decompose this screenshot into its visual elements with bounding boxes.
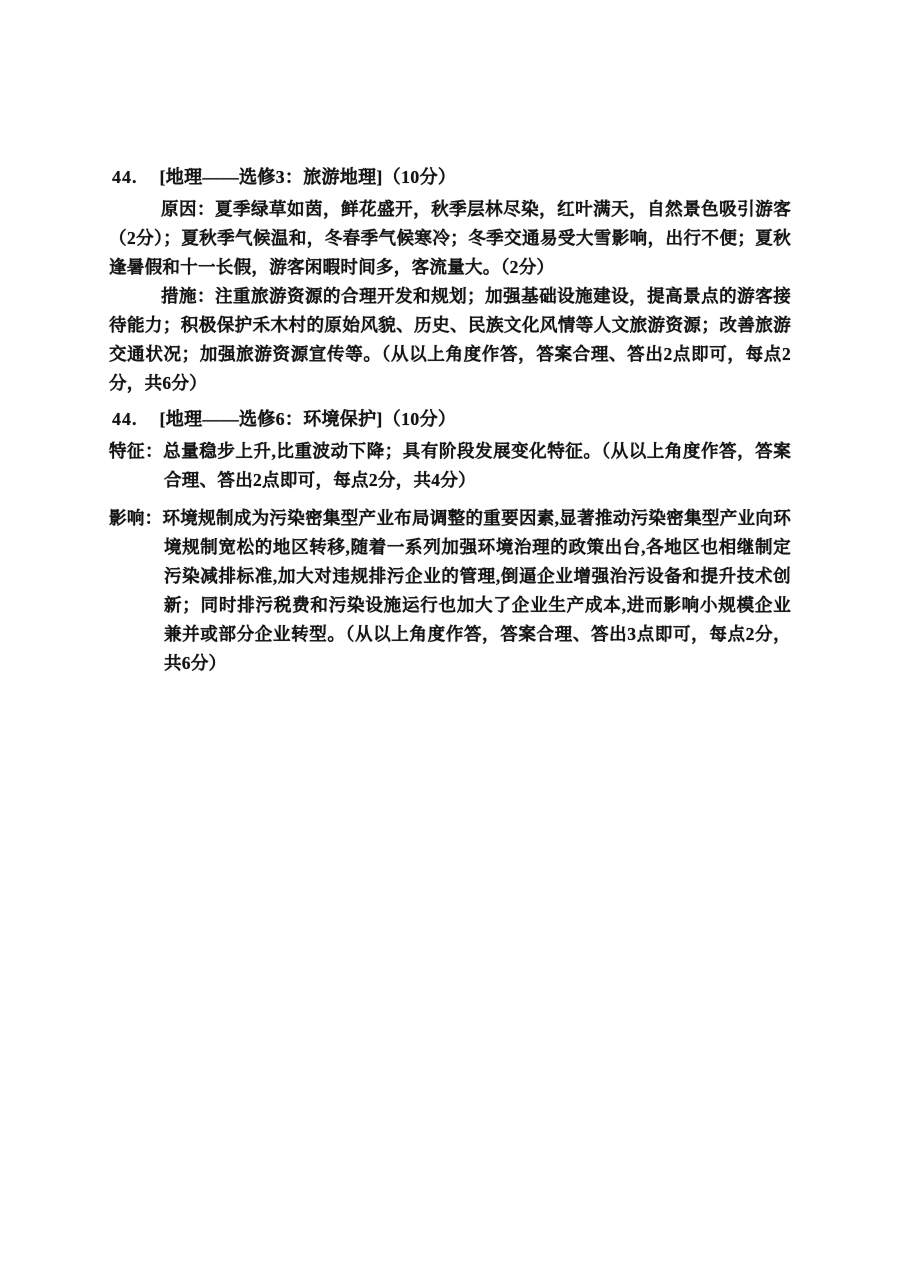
- question-number: 44.: [112, 163, 138, 192]
- answer-paragraph-impacts: 影响：环境规制成为污染密集型产业布局调整的重要因素,显著推动污染密集型产业向环境…: [109, 504, 791, 678]
- question-44-environment-header: 44. [地理——选修6：环境保护]（10分）: [109, 405, 791, 434]
- question-number: 44.: [112, 405, 138, 434]
- question-44-environment-block: 44. [地理——选修6：环境保护]（10分） 特征：总量稳步上升,比重波动下降…: [109, 405, 791, 678]
- question-title: [地理——选修6：环境保护]（10分）: [160, 405, 457, 434]
- answer-paragraph-features: 特征：总量稳步上升,比重波动下降；具有阶段发展变化特征。（从以上角度作答，答案合…: [109, 437, 791, 495]
- answer-paragraph-measures: 措施：注重旅游资源的合理开发和规划；加强基础设施建设，提高景点的游客接待能力；积…: [109, 282, 791, 398]
- scanned-document-page: 44. [地理——选修3：旅游地理]（10分） 原因：夏季绿草如茵，鲜花盛开，秋…: [0, 0, 900, 1272]
- question-44-tourism-header: 44. [地理——选修3：旅游地理]（10分）: [109, 163, 791, 192]
- question-44-tourism-block: 44. [地理——选修3：旅游地理]（10分） 原因：夏季绿草如茵，鲜花盛开，秋…: [109, 163, 791, 398]
- answer-key-content: 44. [地理——选修3：旅游地理]（10分） 原因：夏季绿草如茵，鲜花盛开，秋…: [109, 163, 791, 678]
- question-title: [地理——选修3：旅游地理]（10分）: [160, 163, 457, 192]
- answer-paragraph-reason: 原因：夏季绿草如茵，鲜花盛开，秋季层林尽染，红叶满天，自然景色吸引游客（2分）；…: [109, 195, 791, 282]
